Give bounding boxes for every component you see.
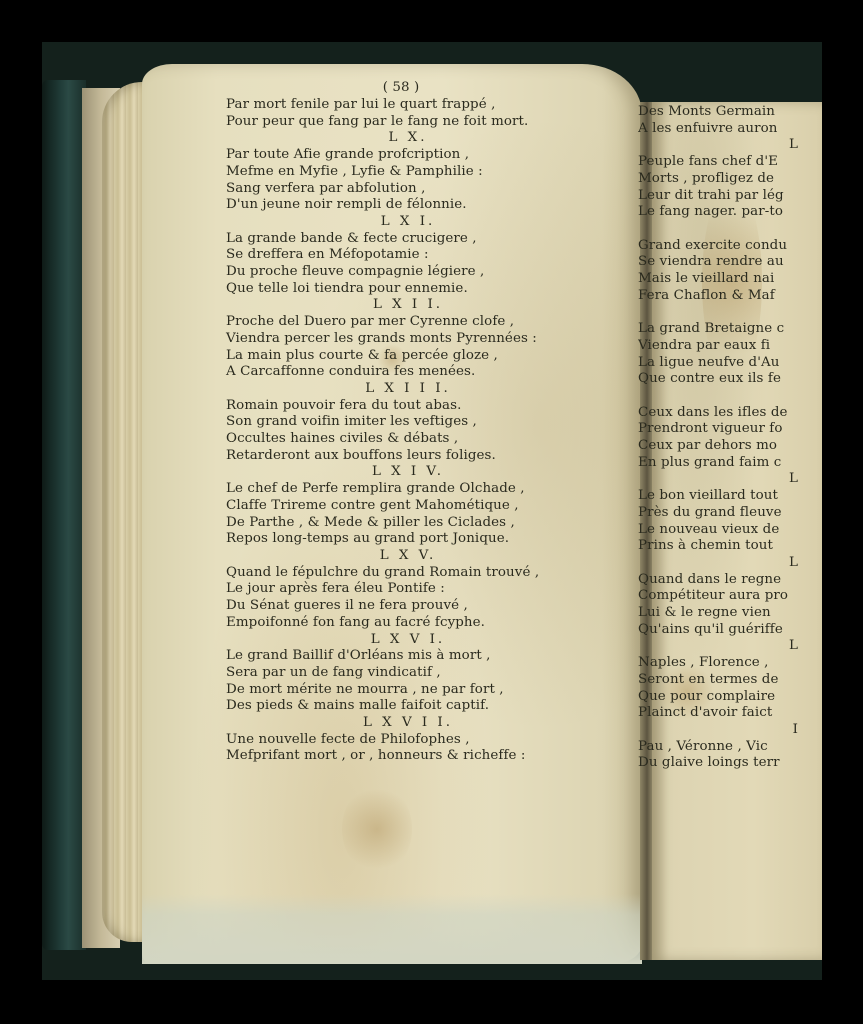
verse-line: Le bon vieillard tout <box>638 488 798 505</box>
quatrain-heading: L <box>638 471 798 488</box>
verse-line: Ceux par dehors mo <box>638 438 798 455</box>
verse-line: Plainct d'avoir faict <box>638 705 798 722</box>
paper-stain <box>342 784 412 874</box>
verse-line: Le fang nager. par-to <box>638 204 798 221</box>
verse-line: Se viendra rendre au <box>638 254 798 271</box>
verse-line: Que contre eux ils fe <box>638 371 798 388</box>
verse-line: Sera par un de fang vindicatif , <box>226 665 566 682</box>
verse-line: Que pour complaire <box>638 689 798 706</box>
quatrain-heading: L X V I I. <box>226 715 566 732</box>
verse-line: Le jour après fera éleu Pontife : <box>226 581 566 598</box>
verse-line: La grande bande & fecte crucigere , <box>226 231 566 248</box>
verse-line: Seront en termes de <box>638 672 798 689</box>
verse-line: A les enfuivre auron <box>638 121 798 138</box>
verse-line: Occultes haines civiles & débats , <box>226 431 566 448</box>
verse-line: Le chef de Perfe remplira grande Olchade… <box>226 481 566 498</box>
quatrain-heading: L X I I. <box>226 297 566 314</box>
verse-line: La main plus courte & fa percée gloze , <box>226 348 566 365</box>
verse-line: Claffe Trireme contre gent Mahométique , <box>226 498 566 515</box>
verse-line: Prins à chemin tout <box>638 538 798 555</box>
verse-line: Proche del Duero par mer Cyrenne clofe , <box>226 314 566 331</box>
verse-line: Sang verfera par abfolution , <box>226 181 566 198</box>
verse-line: Lui & le regne vien <box>638 605 798 622</box>
verse-line: Pour peur que fang par le fang ne foit m… <box>226 114 566 131</box>
verse-line: Compétiteur aura pro <box>638 588 798 605</box>
verse-line: En plus grand faim c <box>638 455 798 472</box>
right-page-text: Des Monts GermainA les enfuivre auronLPe… <box>638 104 798 772</box>
verse-line: Mefme en Myfie , Lyfie & Pamphilie : <box>226 164 566 181</box>
left-page-deckle-edge <box>142 894 642 964</box>
verse-line: Du glaive loings terr <box>638 755 798 772</box>
verse-line: De Parthe , & Mede & piller les Ciclades… <box>226 515 566 532</box>
verse-line: Quand dans le regne <box>638 572 798 589</box>
verse-line: Mefprifant mort , or , honneurs & richef… <box>226 748 566 765</box>
verse-line: Quand le fépulchre du grand Romain trouv… <box>226 565 566 582</box>
verse-line: Fera Chaflon & Maf <box>638 288 798 305</box>
verse-line: Retarderont aux bouffons leurs foliges. <box>226 448 566 465</box>
verse-line: Mais le vieillard nai <box>638 271 798 288</box>
quatrain-heading: L X. <box>226 130 566 147</box>
quatrain-heading: L X I V. <box>226 464 566 481</box>
verse-line: Morts , profligez de <box>638 171 798 188</box>
verse-line: Une nouvelle fecte de Philofophes , <box>226 732 566 749</box>
verse-line: Près du grand fleuve <box>638 505 798 522</box>
quatrain-heading: L X V. <box>226 548 566 565</box>
quatrain-heading: L <box>638 638 798 655</box>
verse-line: Qu'ains qu'il guériffe <box>638 622 798 639</box>
verse-line: Le nouveau vieux de <box>638 522 798 539</box>
quatrain-heading: I <box>638 722 798 739</box>
verse-line: Le grand Baillif d'Orléans mis à mort , <box>226 648 566 665</box>
page-number: ( 58 ) <box>226 80 566 97</box>
verse-line: Romain pouvoir fera du tout abas. <box>226 398 566 415</box>
verse-line: Naples , Florence , <box>638 655 798 672</box>
verse-line: La grand Bretaigne c <box>638 321 798 338</box>
verse-line: Des pieds & mains malle faifoit captif. <box>226 698 566 715</box>
verse-line: Grand exercite condu <box>638 238 798 255</box>
verse-line: Se dreffera en Méfopotamie : <box>226 247 566 264</box>
quatrain-heading: L X V I. <box>226 632 566 649</box>
verse-line: Par toute Afie grande profcription , <box>226 147 566 164</box>
blank-line <box>638 304 798 321</box>
verse-line: Viendra percer les grands monts Pyrennée… <box>226 331 566 348</box>
verse-line: Empoifonné fon fang au facré fcyphe. <box>226 615 566 632</box>
quatrain-heading: L X I I I. <box>226 381 566 398</box>
quatrain-heading: L X I. <box>226 214 566 231</box>
quatrain-heading: L <box>638 137 798 154</box>
verse-line: Son grand voifin imiter les veftiges , <box>226 414 566 431</box>
verse-line: La ligue neufve d'Au <box>638 355 798 372</box>
verse-line: Par mort fenile par lui le quart frappé … <box>226 97 566 114</box>
left-page-text: ( 58 ) Par mort fenile par lui le quart … <box>226 80 566 765</box>
verse-line: Du Sénat gueres il ne fera prouvé , <box>226 598 566 615</box>
verse-line: Pau , Véronne , Vic <box>638 739 798 756</box>
verse-line: Que telle loi tiendra pour ennemie. <box>226 281 566 298</box>
book-cover-edge <box>42 80 86 950</box>
blank-line <box>638 388 798 405</box>
verse-line: D'un jeune noir rempli de félonnie. <box>226 197 566 214</box>
verse-line: Repos long-temps au grand port Jonique. <box>226 531 566 548</box>
verse-line: A Carcaffonne conduira fes menées. <box>226 364 566 381</box>
verse-line: De mort mérite ne mourra , ne par fort , <box>226 682 566 699</box>
verse-line: Peuple fans chef d'E <box>638 154 798 171</box>
verse-line: Ceux dans les ifles de <box>638 405 798 422</box>
blank-line <box>638 221 798 238</box>
verse-line: Viendra par eaux fi <box>638 338 798 355</box>
verse-line: Prendront vigueur fo <box>638 421 798 438</box>
verse-line: Des Monts Germain <box>638 104 798 121</box>
quatrain-heading: L <box>638 555 798 572</box>
verse-line: Leur dit trahi par lég <box>638 188 798 205</box>
verse-line: Du proche fleuve compagnie légiere , <box>226 264 566 281</box>
